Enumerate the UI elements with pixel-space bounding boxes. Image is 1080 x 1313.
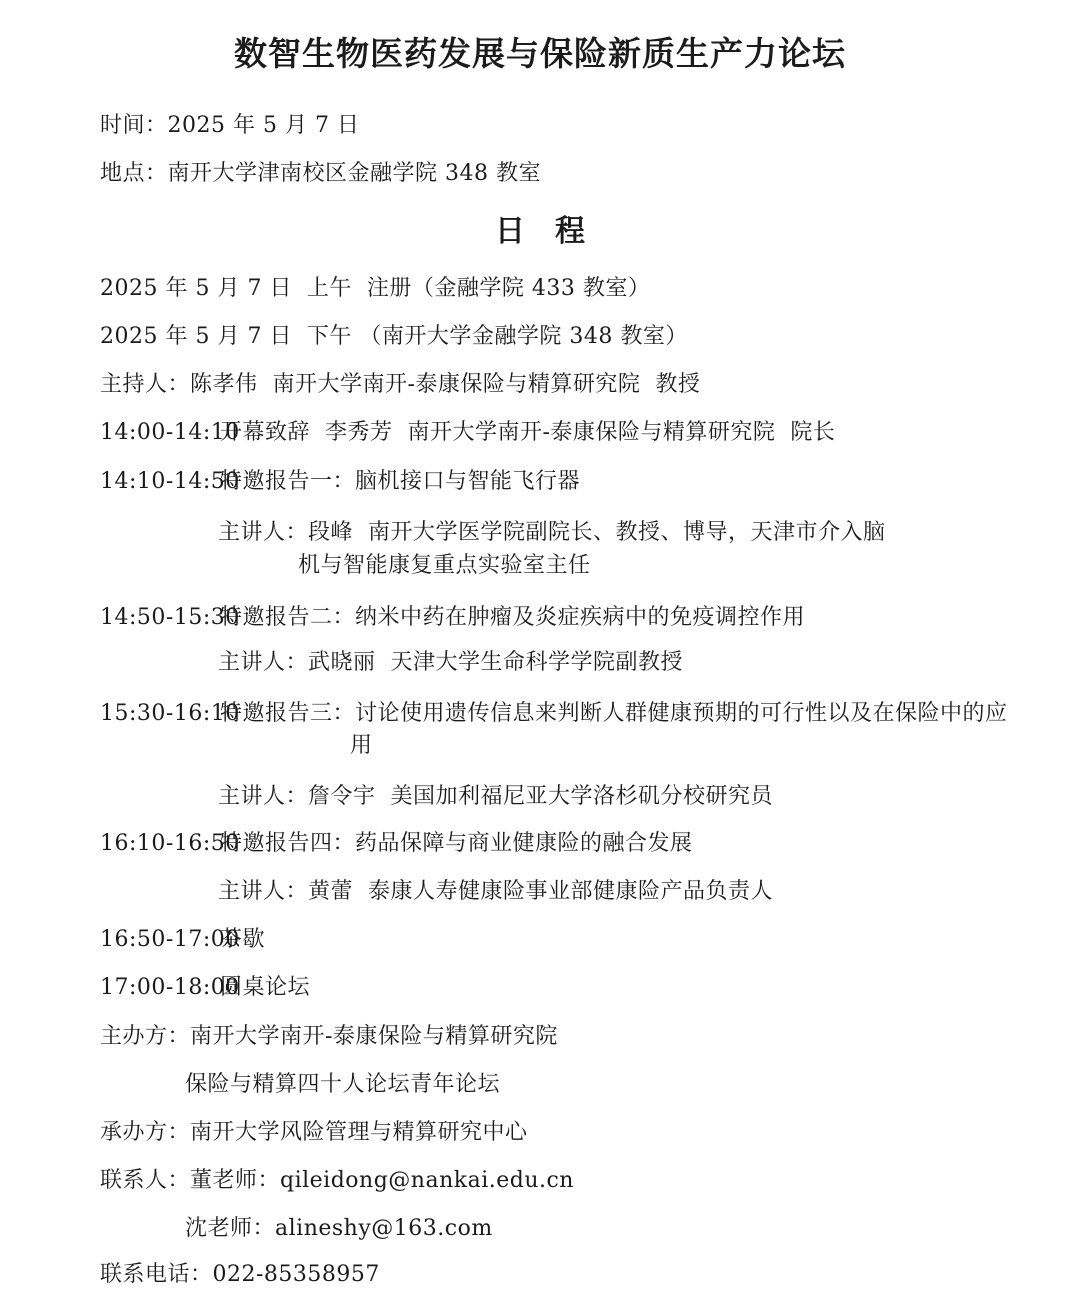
session-time: 14:10-14:50	[100, 469, 220, 495]
session-row: 17:00-18:00 圆桌论坛	[100, 975, 310, 1001]
organizer-line: 承办方：南开大学风险管理与精算研究中心	[100, 1120, 528, 1146]
contact-person-line: 联系人：董老师：qileidong@nankai.edu.cn	[100, 1168, 574, 1194]
session-title: 特邀报告三：讨论使用遗传信息来判断人群健康预期的可行性以及在保险中的应	[220, 701, 1008, 727]
session-title: 开幕致辞 李秀芳 南开大学南开-泰康保险与精算研究院 院长	[220, 420, 835, 446]
venue-line: 地点：南开大学津南校区金融学院 348 教室	[100, 161, 541, 187]
session-title: 特邀报告一：脑机接口与智能飞行器	[220, 469, 580, 495]
contact-phone-line: 联系电话：022-85358957	[100, 1262, 380, 1288]
speaker-line: 主讲人：黄蕾 泰康人寿健康险事业部健康险产品负责人	[218, 879, 773, 905]
host-line: 主办方：南开大学南开-泰康保险与精算研究院	[100, 1024, 558, 1050]
registration-line: 2025 年 5 月 7 日 上午 注册（金融学院 433 教室）	[100, 276, 650, 302]
speaker-line: 主讲人：武晓丽 天津大学生命科学学院副教授	[218, 650, 683, 676]
session-row: 16:50-17:00 茶歇	[100, 927, 265, 953]
session-row: 15:30-16:10 特邀报告三：讨论使用遗传信息来判断人群健康预期的可行性以…	[100, 701, 1008, 727]
event-title: 数智生物医药发展与保险新质生产力论坛	[0, 28, 1080, 75]
moderator-line: 主持人：陈孝伟 南开大学南开-泰康保险与精算研究院 教授	[100, 372, 700, 398]
session-time: 15:30-16:10	[100, 701, 220, 727]
session-row: 14:50-15:30 特邀报告二：纳米中药在肿瘤及炎症疾病中的免疫调控作用	[100, 605, 805, 631]
session-time: 17:00-18:00	[100, 975, 220, 1001]
contact-person-line-2: 沈老师：alineshy@163.com	[185, 1216, 493, 1242]
session-title-continuation: 用	[350, 733, 373, 759]
session-title: 特邀报告二：纳米中药在肿瘤及炎症疾病中的免疫调控作用	[220, 605, 805, 631]
co-host-line: 保险与精算四十人论坛青年论坛	[185, 1072, 500, 1098]
session-row: 14:00-14:10 开幕致辞 李秀芳 南开大学南开-泰康保险与精算研究院 院…	[100, 420, 835, 446]
session-time: 14:50-15:30	[100, 605, 220, 631]
agenda-heading: 日 程	[0, 206, 1080, 250]
session-time: 16:50-17:00	[100, 927, 220, 953]
time-line: 时间：2025 年 5 月 7 日	[100, 113, 359, 139]
session-row: 14:10-14:50 特邀报告一：脑机接口与智能飞行器	[100, 469, 580, 495]
afternoon-session-line: 2025 年 5 月 7 日 下午 （南开大学金融学院 348 教室）	[100, 324, 688, 350]
session-row: 16:10-16:50 特邀报告四：药品保障与商业健康险的融合发展	[100, 831, 693, 857]
speaker-line: 主讲人：詹令宇 美国加利福尼亚大学洛杉矶分校研究员	[218, 784, 773, 810]
speaker-line: 主讲人：段峰 南开大学医学院副院长、教授、博导，天津市介入脑	[218, 520, 886, 546]
session-title: 茶歇	[220, 927, 265, 953]
session-title: 特邀报告四：药品保障与商业健康险的融合发展	[220, 831, 693, 857]
session-time: 16:10-16:50	[100, 831, 220, 857]
session-title: 圆桌论坛	[220, 975, 310, 1001]
session-time: 14:00-14:10	[100, 420, 220, 446]
speaker-continuation-line: 机与智能康复重点实验室主任	[298, 553, 591, 579]
document-page: 数智生物医药发展与保险新质生产力论坛 时间：2025 年 5 月 7 日 地点：…	[0, 0, 1080, 1313]
